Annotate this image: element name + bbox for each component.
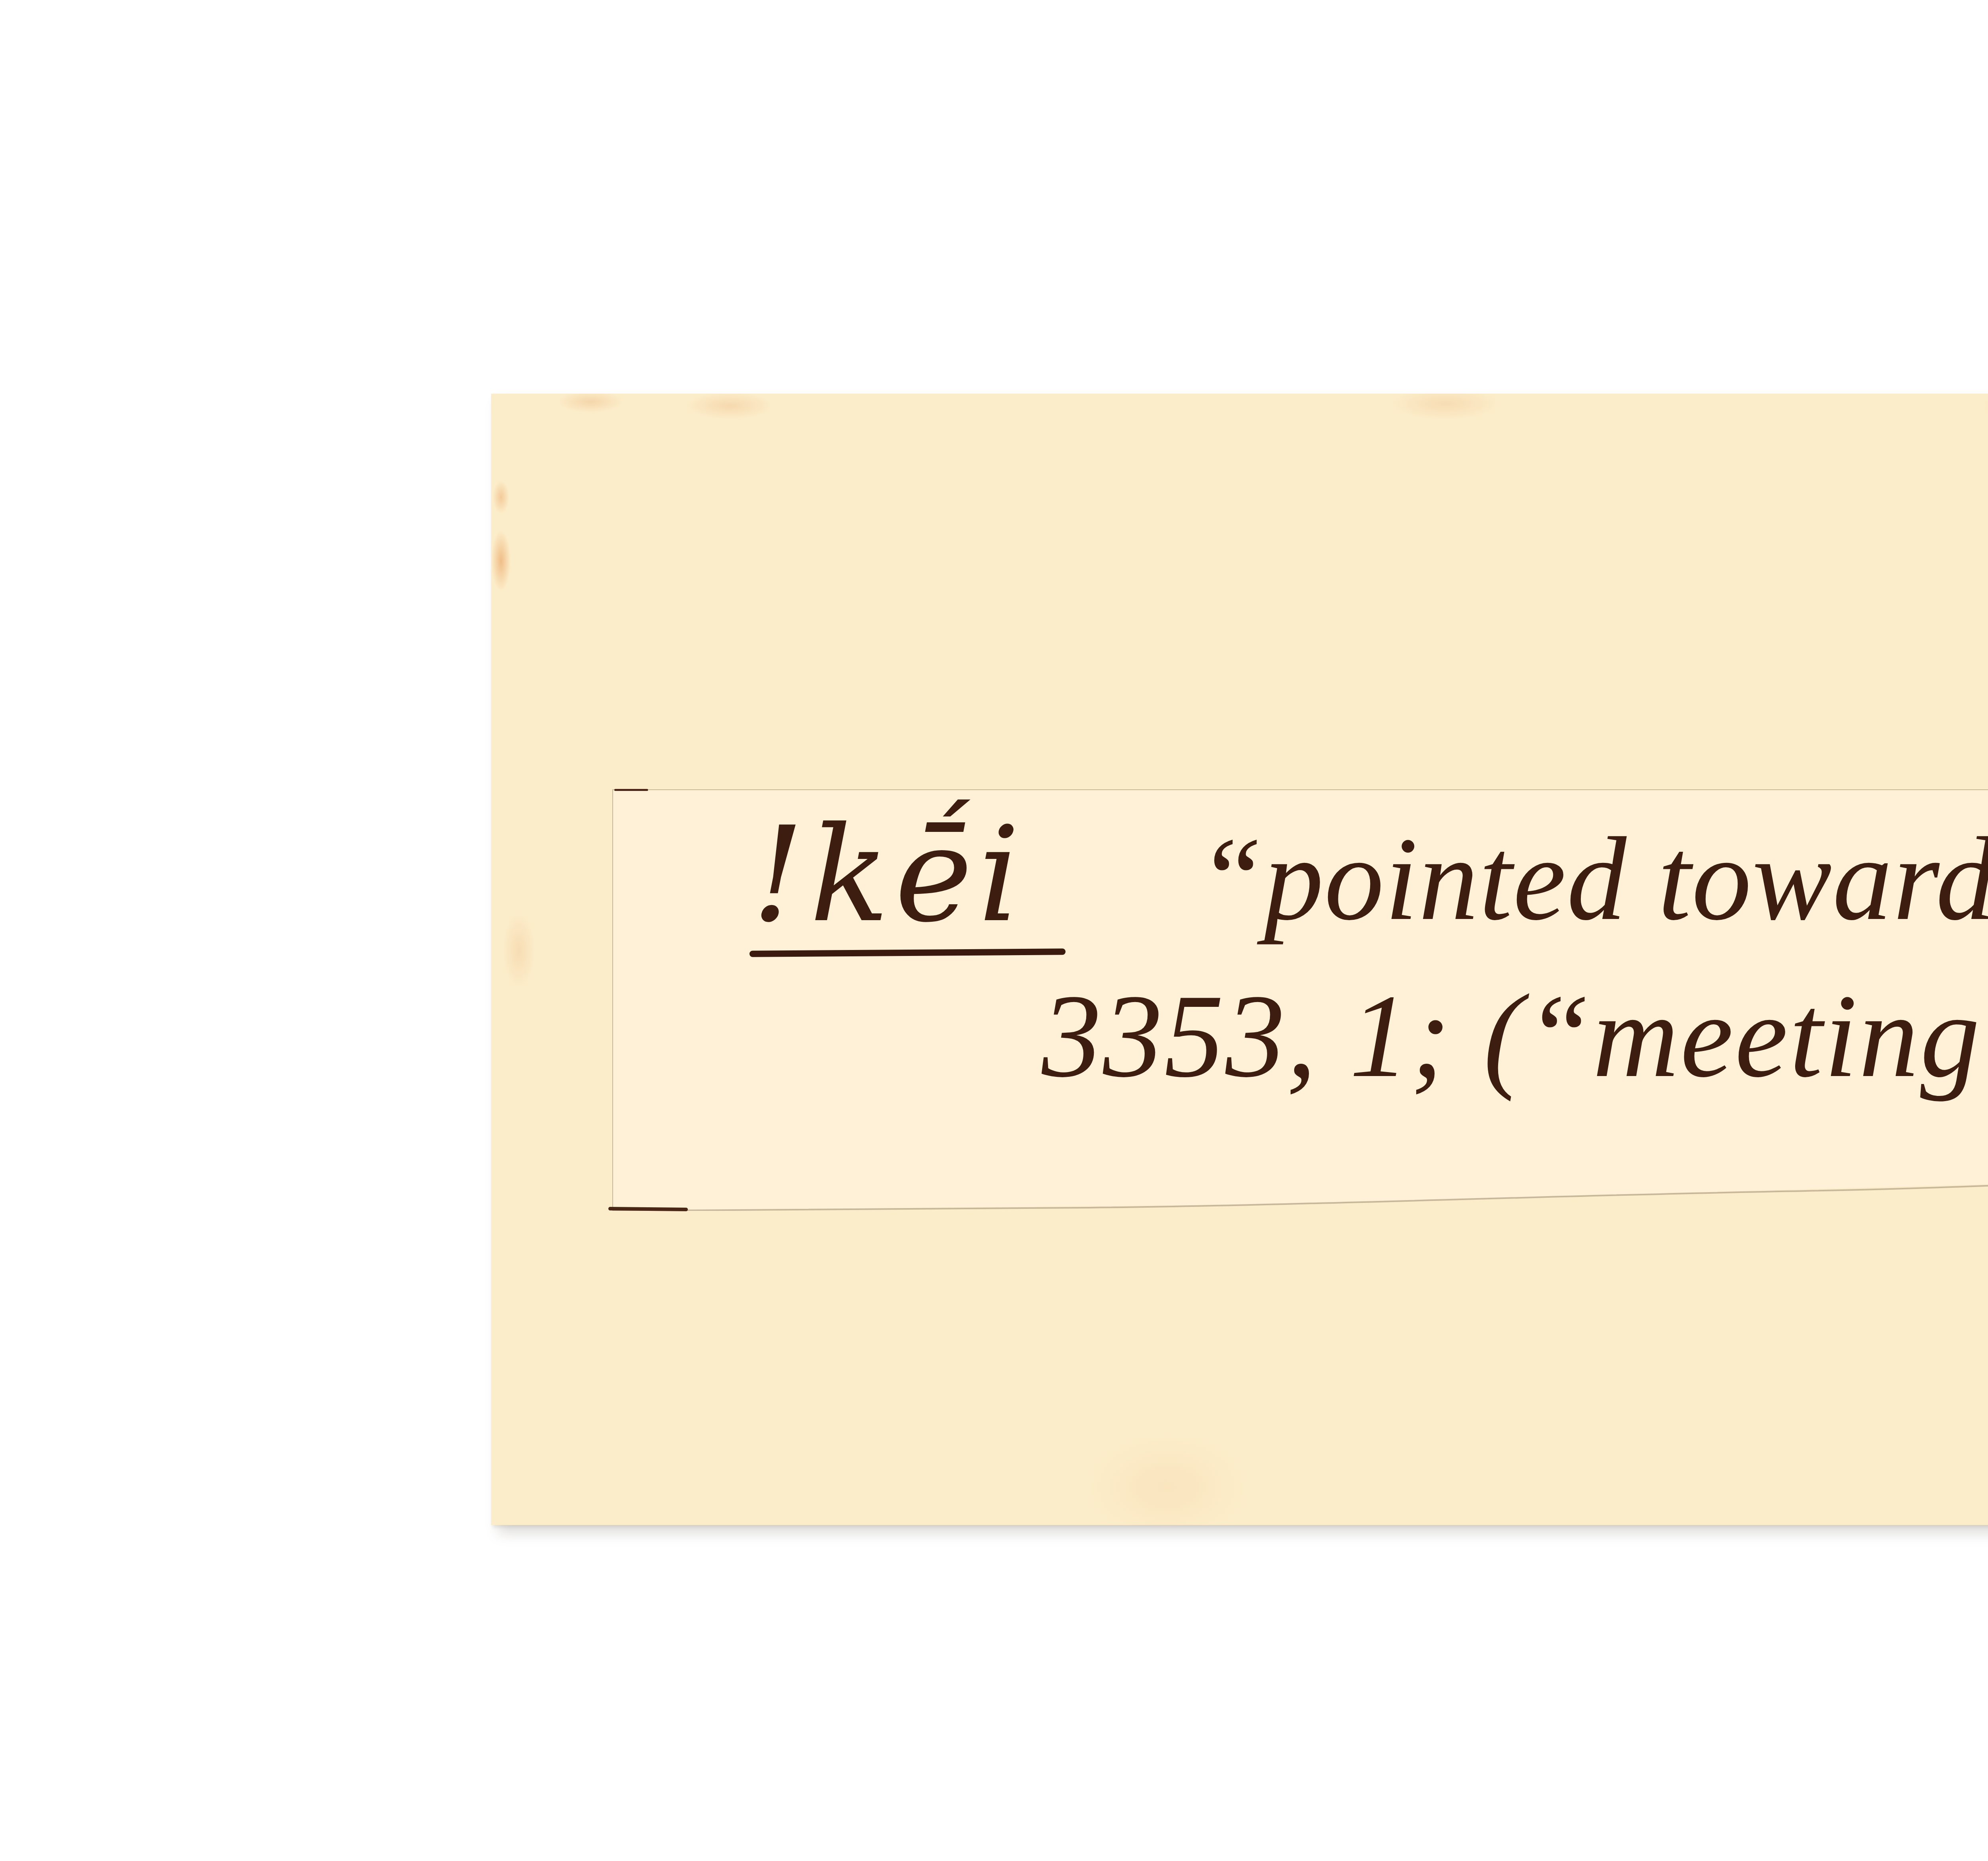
reference-line: 3353, 1; (“meeting”, or “met”?) xyxy=(1042,976,1988,1096)
gloss-text: “pointed towards” (?) xyxy=(1197,819,1988,938)
pen-mark xyxy=(614,789,648,791)
headword: !kḗi xyxy=(751,809,1025,940)
